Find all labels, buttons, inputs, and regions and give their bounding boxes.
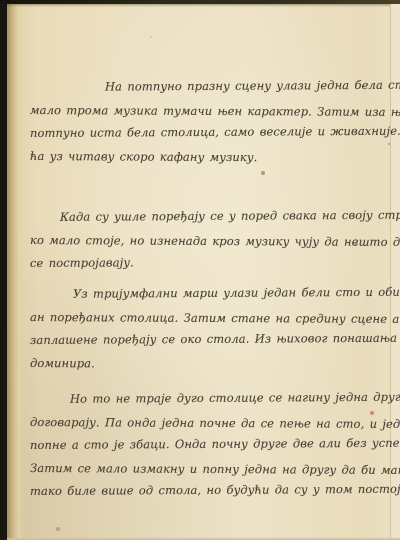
manuscript-line: ћа уз читаву скоро кафану музику.	[30, 145, 384, 170]
manuscript-text: На потпуно празну сцену улази једна бела…	[30, 76, 384, 503]
paragraph-3: Уз тријумфални марш улази један бели сто…	[30, 283, 384, 375]
manuscript-line: тако биле више од стола, но будући да су…	[30, 478, 384, 503]
manuscript-line: На потпуно празну сцену улази једна бела…	[30, 74, 384, 99]
manuscript-line: се постројавају.	[30, 250, 384, 275]
manuscript-line: доминира.	[30, 352, 384, 377]
manuscript-line: попне а сто је збаци. Онда почну друге д…	[30, 432, 384, 457]
manuscript-line: потпуно иста бела столица, само веселије…	[30, 120, 384, 145]
page-top-edge-shadow	[7, 4, 400, 7]
book-spine-edge	[0, 0, 7, 540]
manuscript-line: заплашене поређају се око стола. Из њихо…	[30, 327, 384, 352]
paper-specks	[0, 0, 2, 2]
paragraph-1: На потпуно празну сцену улази једна бела…	[30, 76, 384, 168]
manuscript-line: Уз тријумфални марш улази један бели сто…	[30, 281, 384, 306]
paragraph-2: Када су ушле поређају се у поред свака н…	[30, 206, 384, 275]
manuscript-line: Када су ушле поређају се у поред свака н…	[30, 204, 384, 229]
scanned-manuscript-screenshot: На потпуно празну сцену улази једна бела…	[0, 0, 400, 540]
paragraph-4: Но то не траје дуго столице се нагину је…	[30, 388, 384, 503]
manuscript-line: Но то не траје дуго столице се нагину је…	[30, 386, 384, 411]
gutter-shadow	[7, 0, 24, 540]
